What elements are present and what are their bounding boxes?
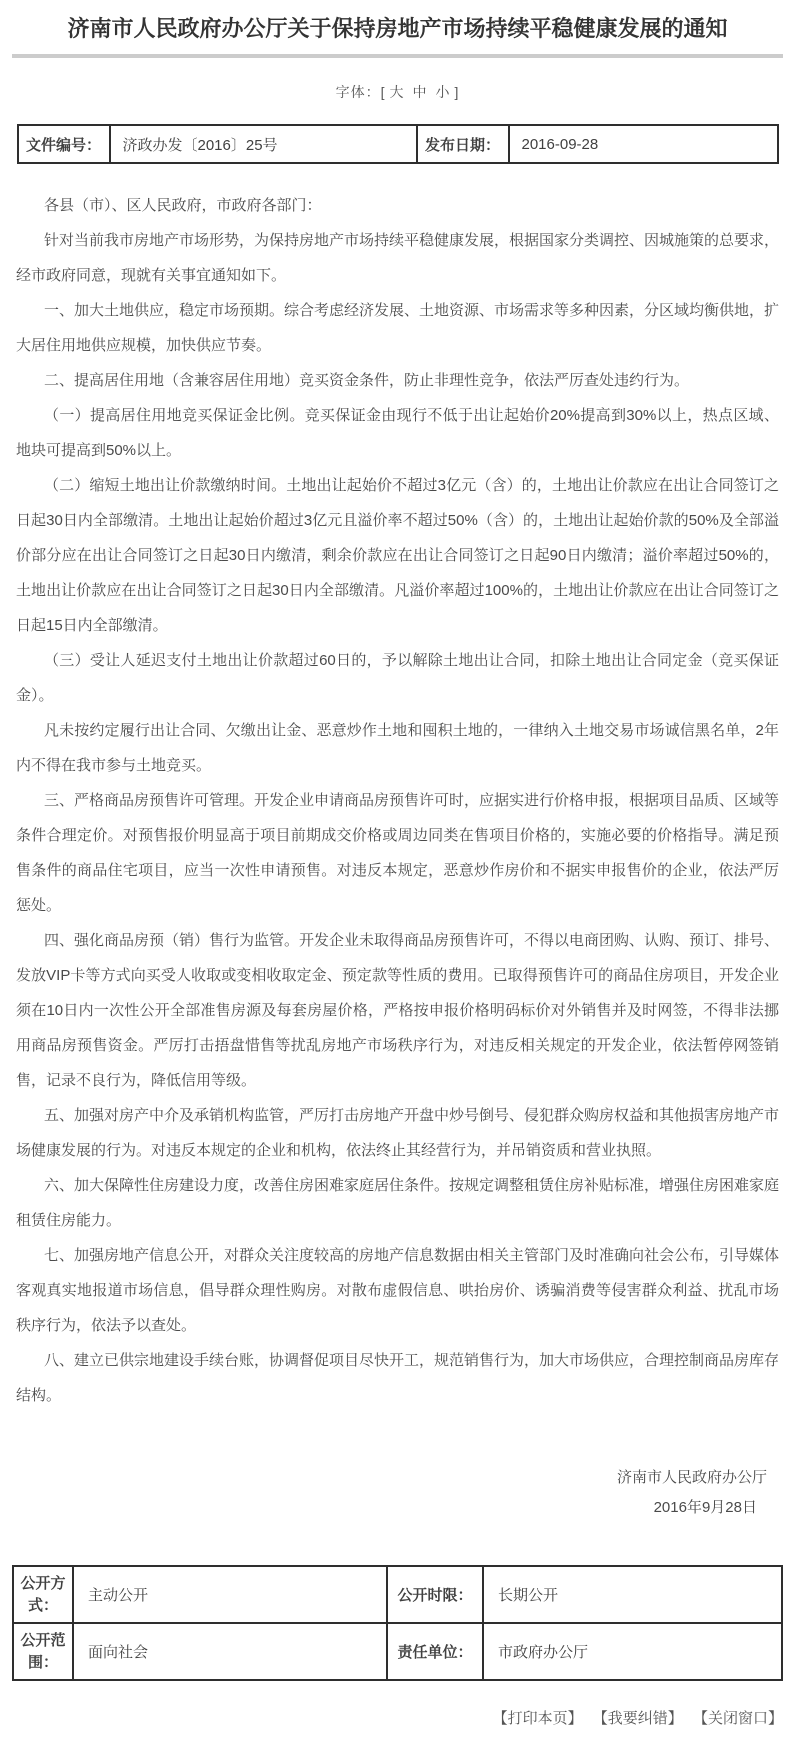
section-2-paragraph: 二、提高居住用地（含兼容居住用地）竞买资金条件，防止非理性竞争，依法严厉查处违约… — [16, 363, 779, 398]
document-page: 济南市人民政府办公厅关于保持房地产市场持续平稳健康发展的通知 字体：[大中小] … — [0, 0, 795, 1746]
salutation-paragraph: 各县（市）、区人民政府，市政府各部门： — [16, 188, 779, 223]
document-meta-table: 文件编号： 济政办发〔2016〕25号 发布日期： 2016-09-28 — [17, 124, 779, 164]
section-3-paragraph: 三、严格商品房预售许可管理。开发企业申请商品房预售许可时，应据实进行价格申报，根… — [16, 783, 779, 923]
section-2-item-3-paragraph: （三）受让人延迟支付土地出让价款超过60日的，予以解除土地出让合同，扣除土地出让… — [16, 643, 779, 713]
table-row: 公开方式： 主动公开 公开时限： 长期公开 — [13, 1566, 782, 1623]
publicity-info-table: 公开方式： 主动公开 公开时限： 长期公开 公开范围： 面向社会 责任单位： 市… — [12, 1565, 783, 1681]
section-8-paragraph: 八、建立已供宗地建设手续台账，协调督促项目尽快开工，规范销售行为，加大市场供应，… — [16, 1343, 779, 1413]
publicity-scope-label: 公开范围： — [13, 1623, 73, 1680]
publicity-period-value: 长期公开 — [483, 1566, 782, 1623]
section-2-item-1-paragraph: （一）提高居住用地竞买保证金比例。竞买保证金由现行不低于出让起始价20%提高到3… — [16, 398, 779, 468]
section-1-paragraph: 一、加大土地供应，稳定市场预期。综合考虑经济发展、土地资源、市场需求等多种因素，… — [16, 293, 779, 363]
font-size-label-close: ] — [455, 84, 460, 100]
signature-org: 济南市人民政府办公厅 — [0, 1463, 795, 1493]
close-window-button[interactable]: 【关闭窗口】 — [693, 1710, 783, 1727]
font-size-option-small[interactable]: 小 — [436, 84, 451, 100]
intro-paragraph: 针对当前我市房地产市场形势，为保持房地产市场持续平稳健康发展，根据国家分类调控、… — [16, 223, 779, 293]
print-page-button[interactable]: 【打印本页】 — [493, 1710, 583, 1727]
section-4-paragraph: 四、强化商品房预（销）售行为监管。开发企业未取得商品房预售许可，不得以电商团购、… — [16, 923, 779, 1098]
doc-number-value: 济政办发〔2016〕25号 — [110, 125, 417, 163]
publicity-period-label: 公开时限： — [387, 1566, 483, 1623]
document-body: 各县（市）、区人民政府，市政府各部门： 针对当前我市房地产市场形势，为保持房地产… — [0, 188, 795, 1413]
responsible-unit-label: 责任单位： — [387, 1623, 483, 1680]
footer-actions: 【打印本页】 【我要纠错】 【关闭窗口】 — [0, 1681, 795, 1746]
publish-date-value: 2016-09-28 — [509, 125, 778, 163]
section-2-item-2-paragraph: （二）缩短土地出让价款缴纳时间。土地出让起始价不超过3亿元（含）的，土地出让价款… — [16, 468, 779, 643]
table-row: 公开范围： 面向社会 责任单位： 市政府办公厅 — [13, 1623, 782, 1680]
doc-number-label: 文件编号： — [18, 125, 110, 163]
publicity-method-value: 主动公开 — [73, 1566, 387, 1623]
font-size-selector: 字体：[大中小] — [0, 82, 795, 102]
section-7-paragraph: 七、加强房地产信息公开，对群众关注度较高的房地产信息数据由相关主管部门及时准确向… — [16, 1238, 779, 1343]
responsible-unit-value: 市政府办公厅 — [483, 1623, 782, 1680]
signature-date: 2016年9月28日 — [0, 1493, 795, 1523]
publicity-scope-value: 面向社会 — [73, 1623, 387, 1680]
table-row: 文件编号： 济政办发〔2016〕25号 发布日期： 2016-09-28 — [18, 125, 778, 163]
title-divider — [12, 54, 783, 58]
section-5-paragraph: 五、加强对房产中介及承销机构监管，严厉打击房地产开盘中炒号倒号、侵犯群众购房权益… — [16, 1098, 779, 1168]
blacklist-paragraph: 凡未按约定履行出让合同、欠缴出让金、恶意炒作土地和囤积土地的，一律纳入土地交易市… — [16, 713, 779, 783]
font-size-option-medium[interactable]: 中 — [413, 84, 428, 100]
signature-block: 济南市人民政府办公厅 2016年9月28日 — [0, 1463, 795, 1523]
page-title: 济南市人民政府办公厅关于保持房地产市场持续平稳健康发展的通知 — [0, 0, 795, 45]
publish-date-label: 发布日期： — [417, 125, 509, 163]
section-6-paragraph: 六、加大保障性住房建设力度，改善住房困难家庭居住条件。按规定调整租赁住房补贴标准… — [16, 1168, 779, 1238]
error-correction-button[interactable]: 【我要纠错】 — [593, 1710, 683, 1727]
font-size-option-large[interactable]: 大 — [390, 84, 405, 100]
publicity-method-label: 公开方式： — [13, 1566, 73, 1623]
font-size-label: 字体：[ — [336, 84, 386, 100]
